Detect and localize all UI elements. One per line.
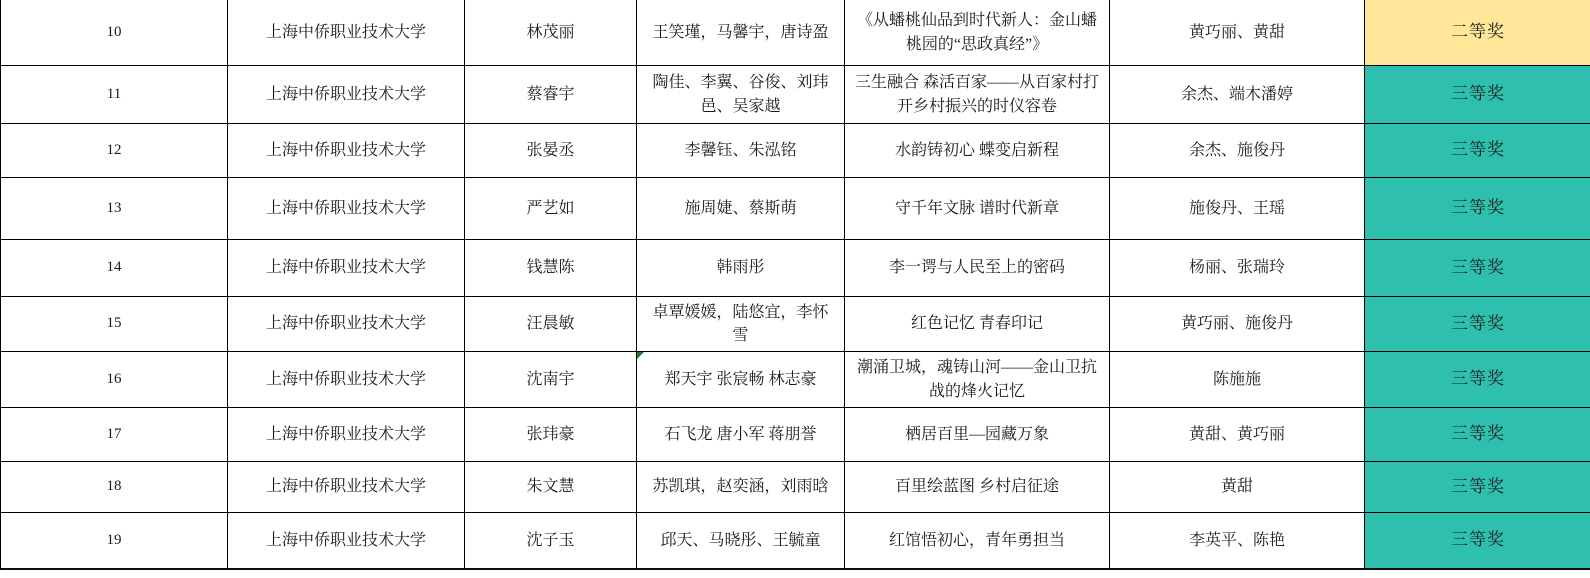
cell-advisors[interactable]: 陈施施: [1110, 352, 1365, 408]
cell-members[interactable]: 施周婕、蔡斯萌: [637, 178, 845, 240]
cell-advisors[interactable]: 黄巧丽、黄甜: [1110, 0, 1365, 66]
cell-award-third-prize[interactable]: 三等奖: [1365, 408, 1590, 462]
cell-index[interactable]: 13: [1, 178, 228, 240]
cell-title[interactable]: 李一谔与人民至上的密码: [845, 240, 1110, 297]
cell-school[interactable]: 上海中侨职业技术大学: [228, 240, 465, 297]
table-grid: 10 上海中侨职业技术大学 林茂丽 王笑瑾，马馨宇，唐诗盈 《从蟠桃仙品到时代新…: [0, 0, 1590, 570]
table-row: 10 上海中侨职业技术大学 林茂丽 王笑瑾，马馨宇，唐诗盈 《从蟠桃仙品到时代新…: [1, 0, 1590, 66]
cell-index[interactable]: 15: [1, 297, 228, 352]
cell-title[interactable]: 水韵铸初心 蝶变启新程: [845, 124, 1110, 178]
cell-advisors[interactable]: 余杰、端木潘婷: [1110, 66, 1365, 124]
cell-members[interactable]: 卓覃媛媛，陆悠宜，李怀雪: [637, 297, 845, 352]
table-row: 16 上海中侨职业技术大学 沈南宇 郑天宇 张宸畅 林志豪 潮涌卫城，魂铸山河—…: [1, 352, 1590, 408]
cell-leader[interactable]: 钱慧陈: [465, 240, 637, 297]
cell-school[interactable]: 上海中侨职业技术大学: [228, 0, 465, 66]
table-row: 12 上海中侨职业技术大学 张晏丞 李馨钰、朱泓铭 水韵铸初心 蝶变启新程 余杰…: [1, 124, 1590, 178]
cell-award-third-prize[interactable]: 三等奖: [1365, 297, 1590, 352]
cell-index[interactable]: 10: [1, 0, 228, 66]
cell-award-third-prize[interactable]: 三等奖: [1365, 240, 1590, 297]
cell-title[interactable]: 三生融合 森活百家——从百家村打开乡村振兴的时仪容卷: [845, 66, 1110, 124]
cell-leader[interactable]: 严艺如: [465, 178, 637, 240]
cell-school[interactable]: 上海中侨职业技术大学: [228, 124, 465, 178]
cell-title[interactable]: 《从蟠桃仙品到时代新人：金山蟠桃园的“思政真经”》: [845, 0, 1110, 66]
table-row: 17 上海中侨职业技术大学 张玮豪 石飞龙 唐小军 蒋朋誉 栖居百里—园藏万象 …: [1, 408, 1590, 462]
cell-award-second-prize[interactable]: 二等奖: [1365, 0, 1590, 66]
cell-advisors[interactable]: 黄甜、黄巧丽: [1110, 408, 1365, 462]
cell-index[interactable]: 18: [1, 462, 228, 513]
table-row: 15 上海中侨职业技术大学 汪晨敏 卓覃媛媛，陆悠宜，李怀雪 红色记忆 青春印记…: [1, 297, 1590, 352]
cell-school[interactable]: 上海中侨职业技术大学: [228, 297, 465, 352]
cell-award-third-prize[interactable]: 三等奖: [1365, 352, 1590, 408]
cell-leader[interactable]: 张晏丞: [465, 124, 637, 178]
cell-school[interactable]: 上海中侨职业技术大学: [228, 66, 465, 124]
cell-corner-marker-icon: [637, 352, 644, 359]
cell-advisors[interactable]: 李英平、陈艳: [1110, 513, 1365, 570]
cell-school[interactable]: 上海中侨职业技术大学: [228, 408, 465, 462]
table-row: 19 上海中侨职业技术大学 沈子玉 邱天、马晓彤、王毓童 红馆悟初心，青年勇担当…: [1, 513, 1590, 570]
cell-advisors[interactable]: 杨丽、张瑞玲: [1110, 240, 1365, 297]
cell-school[interactable]: 上海中侨职业技术大学: [228, 352, 465, 408]
cell-index[interactable]: 16: [1, 352, 228, 408]
table-row: 14 上海中侨职业技术大学 钱慧陈 韩雨彤 李一谔与人民至上的密码 杨丽、张瑞玲…: [1, 240, 1590, 297]
cell-school[interactable]: 上海中侨职业技术大学: [228, 462, 465, 513]
cell-leader[interactable]: 沈子玉: [465, 513, 637, 570]
cell-title[interactable]: 潮涌卫城，魂铸山河——金山卫抗战的烽火记忆: [845, 352, 1110, 408]
cell-members[interactable]: 苏凯琪，赵奕涵，刘雨晗: [637, 462, 845, 513]
cell-advisors[interactable]: 黄甜: [1110, 462, 1365, 513]
cell-leader[interactable]: 汪晨敏: [465, 297, 637, 352]
cell-title[interactable]: 守千年文脉 谱时代新章: [845, 178, 1110, 240]
cell-leader[interactable]: 林茂丽: [465, 0, 637, 66]
cell-leader[interactable]: 朱文慧: [465, 462, 637, 513]
cell-award-third-prize[interactable]: 三等奖: [1365, 124, 1590, 178]
cell-index[interactable]: 11: [1, 66, 228, 124]
cell-award-third-prize[interactable]: 三等奖: [1365, 462, 1590, 513]
table-row: 13 上海中侨职业技术大学 严艺如 施周婕、蔡斯萌 守千年文脉 谱时代新章 施俊…: [1, 178, 1590, 240]
cell-award-third-prize[interactable]: 三等奖: [1365, 178, 1590, 240]
cell-leader[interactable]: 张玮豪: [465, 408, 637, 462]
cell-award-third-prize[interactable]: 三等奖: [1365, 66, 1590, 124]
cell-advisors[interactable]: 施俊丹、王瑶: [1110, 178, 1365, 240]
cell-members[interactable]: 韩雨彤: [637, 240, 845, 297]
cell-index[interactable]: 17: [1, 408, 228, 462]
cell-title[interactable]: 红馆悟初心，青年勇担当: [845, 513, 1110, 570]
cell-members[interactable]: 王笑瑾，马馨宇，唐诗盈: [637, 0, 845, 66]
cell-school[interactable]: 上海中侨职业技术大学: [228, 178, 465, 240]
cell-award-third-prize[interactable]: 三等奖: [1365, 513, 1590, 570]
table-row: 11 上海中侨职业技术大学 蔡睿宇 陶佳、李翼、谷俊、刘玮邑、吴家越 三生融合 …: [1, 66, 1590, 124]
cell-members[interactable]: 邱天、马晓彤、王毓童: [637, 513, 845, 570]
cell-leader[interactable]: 沈南宇: [465, 352, 637, 408]
cell-index[interactable]: 19: [1, 513, 228, 570]
spreadsheet-awards-table: 10 上海中侨职业技术大学 林茂丽 王笑瑾，马馨宇，唐诗盈 《从蟠桃仙品到时代新…: [0, 0, 1590, 578]
cell-title[interactable]: 百里绘蓝图 乡村启征途: [845, 462, 1110, 513]
cell-members[interactable]: 陶佳、李翼、谷俊、刘玮邑、吴家越: [637, 66, 845, 124]
cell-members[interactable]: 郑天宇 张宸畅 林志豪: [637, 352, 845, 408]
cell-school[interactable]: 上海中侨职业技术大学: [228, 513, 465, 570]
cell-leader[interactable]: 蔡睿宇: [465, 66, 637, 124]
cell-index[interactable]: 12: [1, 124, 228, 178]
cell-members[interactable]: 石飞龙 唐小军 蒋朋誉: [637, 408, 845, 462]
cell-members[interactable]: 李馨钰、朱泓铭: [637, 124, 845, 178]
table-row: 18 上海中侨职业技术大学 朱文慧 苏凯琪，赵奕涵，刘雨晗 百里绘蓝图 乡村启征…: [1, 462, 1590, 513]
cell-title[interactable]: 红色记忆 青春印记: [845, 297, 1110, 352]
cell-index[interactable]: 14: [1, 240, 228, 297]
cell-advisors[interactable]: 黄巧丽、施俊丹: [1110, 297, 1365, 352]
cell-advisors[interactable]: 余杰、施俊丹: [1110, 124, 1365, 178]
cell-title[interactable]: 栖居百里—园藏万象: [845, 408, 1110, 462]
